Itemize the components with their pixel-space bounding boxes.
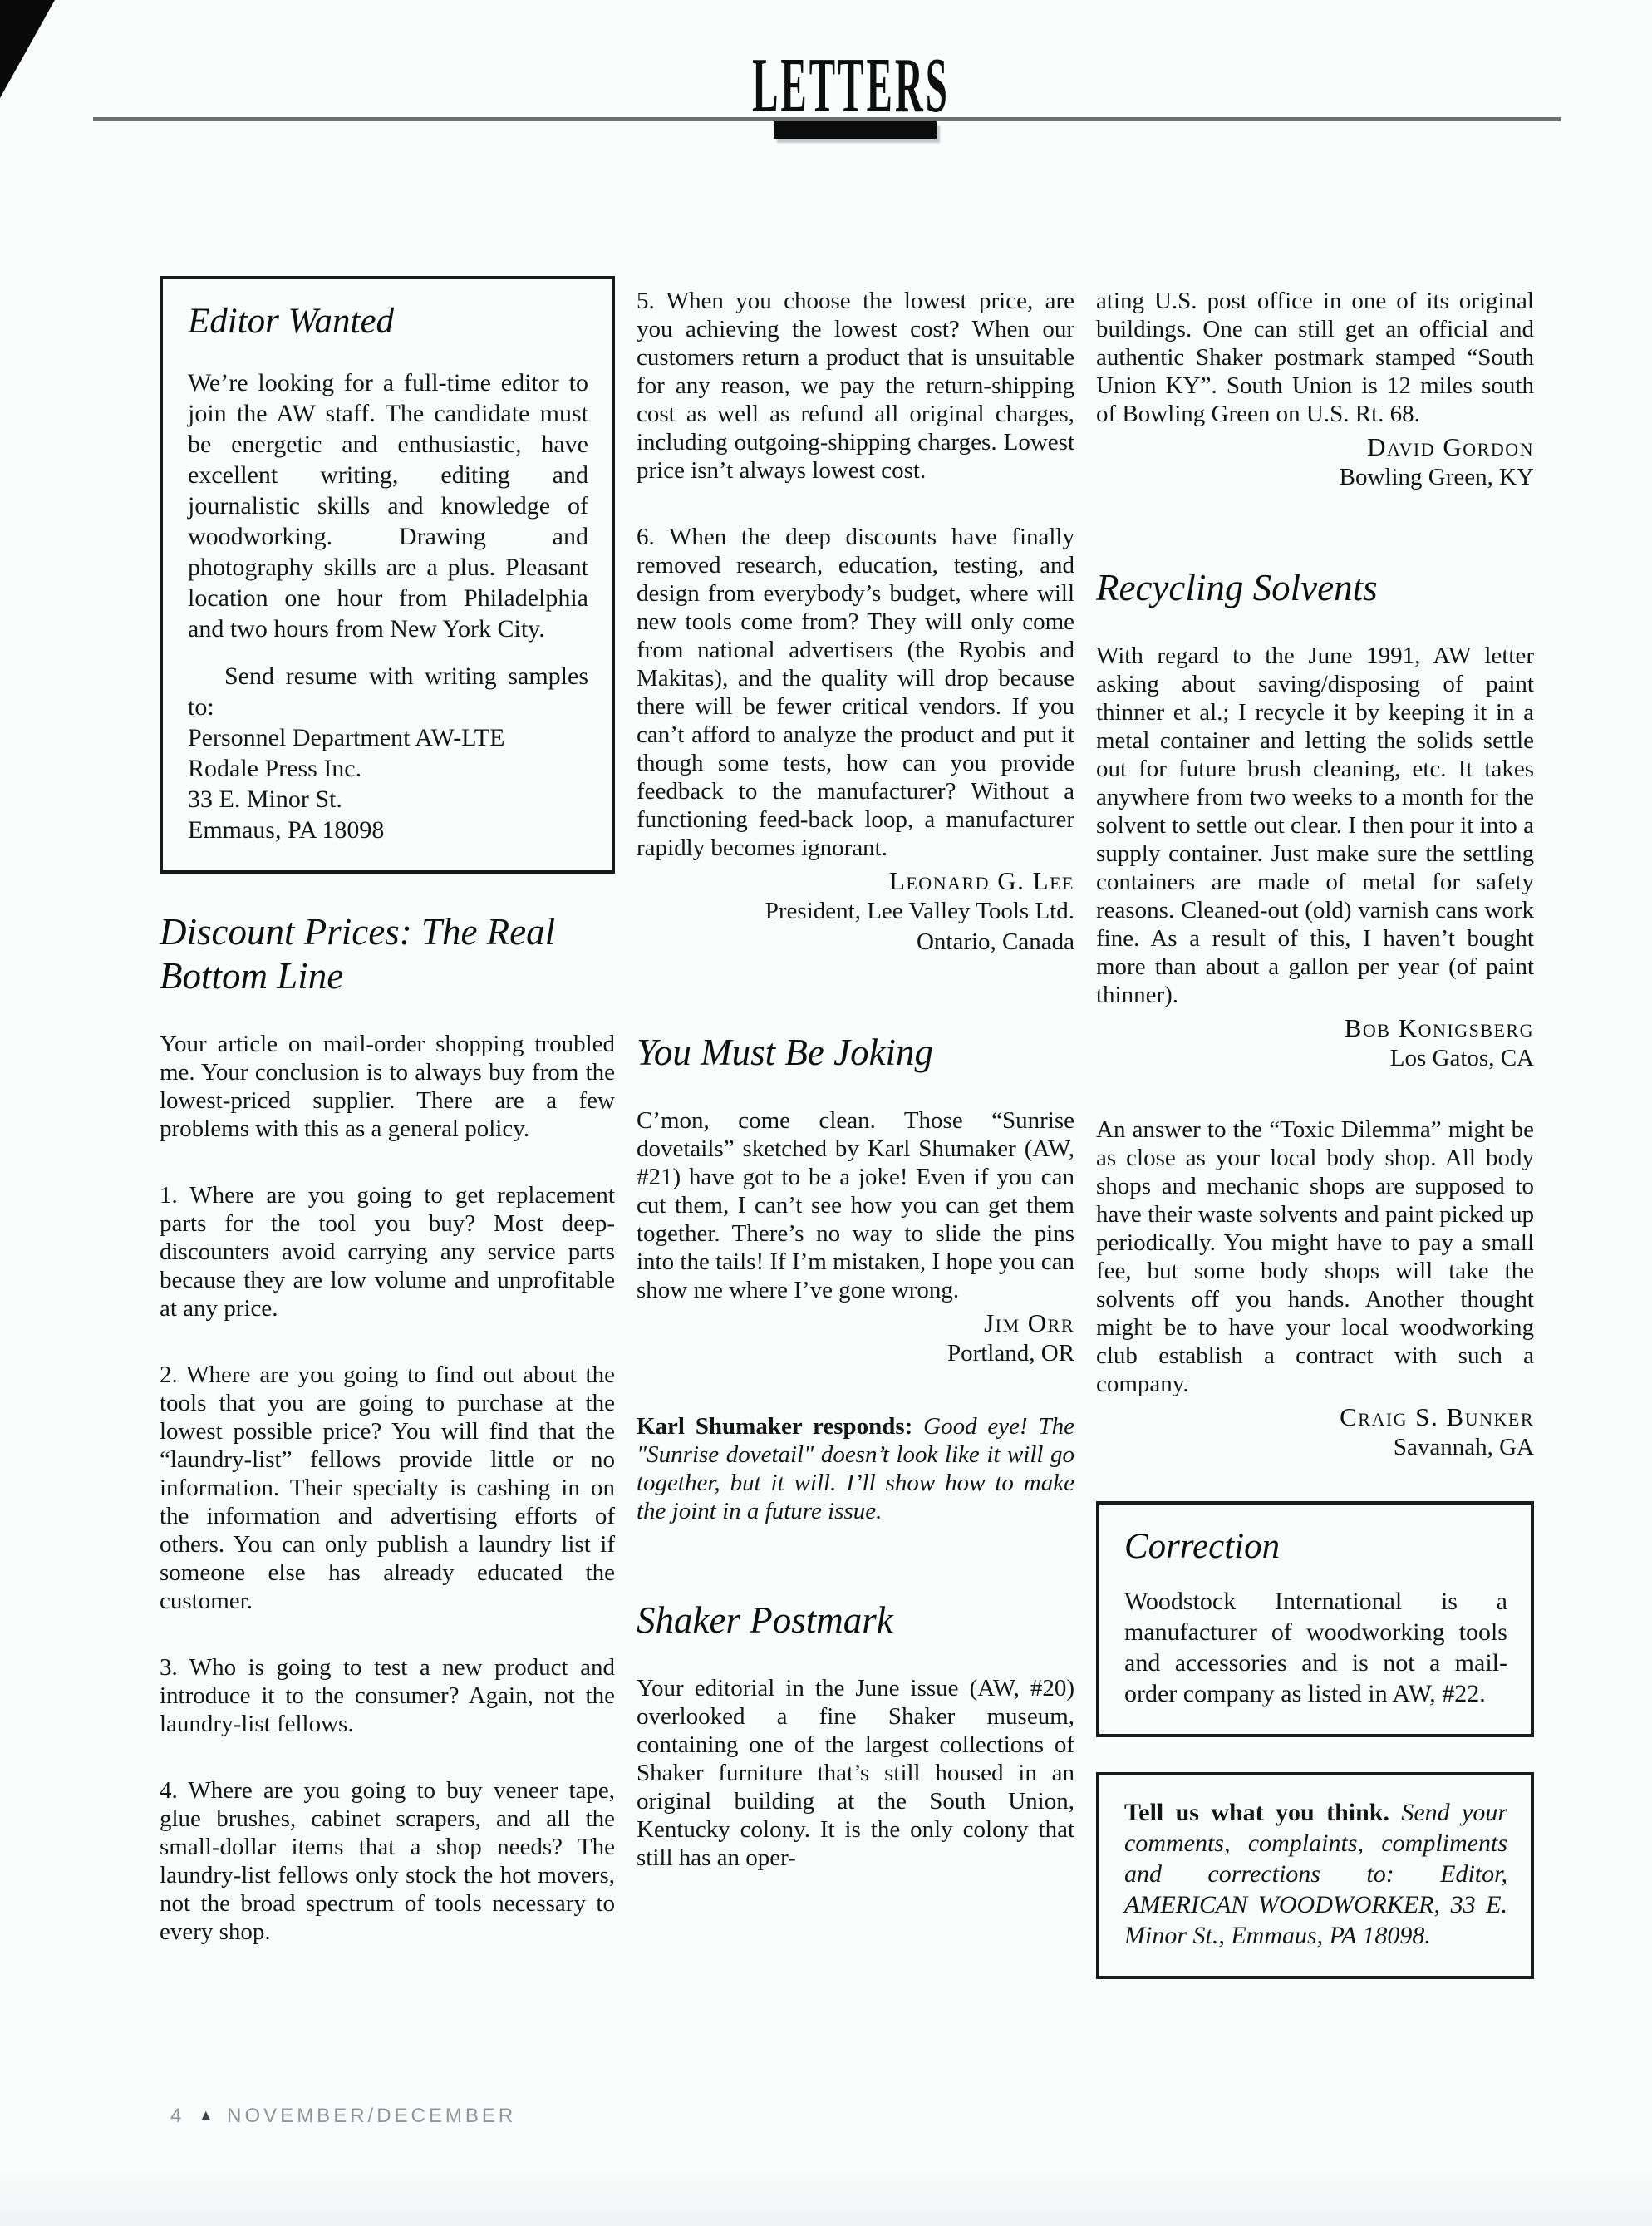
signature-location: Los Gatos, CA	[1096, 1043, 1534, 1074]
page-footer: 4 ▲ NOVEMBER/DECEMBER	[170, 2105, 516, 2128]
response-lead: Karl Shumaker responds:	[637, 1413, 923, 1440]
signature-name: Leonard G. Lee	[637, 865, 1074, 896]
column-left: Editor Wanted We’re looking for a full-t…	[160, 276, 615, 1946]
triangle-icon: ▲	[198, 2107, 214, 2125]
joking-heading: You Must Be Joking	[637, 1031, 1074, 1075]
recycling-heading: Recycling Solvents	[1096, 566, 1534, 610]
shaker-body: Your editorial in the June issue (AW, #2…	[637, 1674, 1074, 1872]
signature-role: President, Lee Valley Tools Ltd.	[637, 896, 1074, 927]
tell-us-lead: Tell us what you think.	[1124, 1799, 1401, 1826]
signature-name: Craig S. Bunker	[1096, 1401, 1534, 1432]
correction-heading: Correction	[1124, 1526, 1507, 1568]
footer-issue: NOVEMBER/DECEMBER	[227, 2105, 516, 2128]
signature-location: Bowling Green, KY	[1096, 462, 1534, 493]
editor-wanted-heading: Editor Wanted	[188, 301, 588, 342]
recycling-body: With regard to the June 1991, AW letter …	[1096, 642, 1534, 1009]
masthead-black-bar	[774, 121, 937, 139]
editor-wanted-send-line: Send resume with writing samples to:	[188, 661, 588, 722]
tell-us-body: Tell us what you think. Send your commen…	[1124, 1797, 1507, 1951]
signature-name: Jim Orr	[637, 1308, 1074, 1338]
signature-name: David Gordon	[1096, 431, 1534, 462]
address-line: Personnel Department AW-LTE	[188, 722, 588, 753]
discount-item-3: 3. Who is going to test a new product an…	[160, 1653, 615, 1738]
column-middle: 5. When you choose the lowest price, are…	[637, 287, 1074, 1872]
column-right: ating U.S. post office in one of its ori…	[1096, 287, 1534, 1979]
discount-heading: Discount Prices: The Real Bottom Line	[160, 910, 615, 998]
tell-us-box: Tell us what you think. Send your commen…	[1096, 1772, 1534, 1979]
footer-page-number: 4	[170, 2105, 184, 2128]
discount-item-5: 5. When you choose the lowest price, are…	[637, 287, 1074, 485]
page-title: LETTERS	[752, 47, 950, 125]
signature-orr: Jim Orr Portland, OR	[637, 1308, 1074, 1369]
address-line: 33 E. Minor St.	[188, 784, 588, 815]
shaker-heading: Shaker Postmark	[637, 1598, 1074, 1642]
magazine-letters-page: LETTERS Editor Wanted We’re looking for …	[0, 0, 1652, 2226]
signature-lee: Leonard G. Lee President, Lee Valley Too…	[637, 865, 1074, 958]
signature-name: Bob Konigsberg	[1096, 1012, 1534, 1043]
editor-wanted-address: Personnel Department AW-LTE Rodale Press…	[188, 722, 588, 845]
discount-intro: Your article on mail-order shopping trou…	[160, 1030, 615, 1143]
scan-edge-shade	[0, 2168, 1652, 2226]
address-line: Emmaus, PA 18098	[188, 815, 588, 845]
editor-wanted-body: We’re looking for a full-time editor to …	[188, 367, 588, 644]
shaker-body-continued: ating U.S. post office in one of its ori…	[1096, 287, 1534, 428]
discount-item-4: 4. Where are you going to buy veneer tap…	[160, 1776, 615, 1946]
joking-body: C’mon, come clean. Those “Sunrise doveta…	[637, 1106, 1074, 1304]
discount-item-2: 2. Where are you going to find out about…	[160, 1361, 615, 1615]
correction-box: Correction Woodstock International is a …	[1096, 1501, 1534, 1737]
signature-location: Ontario, Canada	[637, 927, 1074, 958]
address-line: Rodale Press Inc.	[188, 753, 588, 784]
discount-item-6: 6. When the deep discounts have finally …	[637, 523, 1074, 862]
signature-konigsberg: Bob Konigsberg Los Gatos, CA	[1096, 1012, 1534, 1074]
signature-gordon: David Gordon Bowling Green, KY	[1096, 431, 1534, 493]
correction-body: Woodstock International is a manufacture…	[1124, 1586, 1507, 1709]
signature-location: Portland, OR	[637, 1338, 1074, 1369]
scan-corner-artifact	[0, 0, 55, 98]
editor-wanted-box: Editor Wanted We’re looking for a full-t…	[160, 276, 615, 874]
toxic-dilemma-body: An answer to the “Toxic Dilemma” might b…	[1096, 1115, 1534, 1398]
editor-response: Karl Shumaker responds: Good eye! The "S…	[637, 1412, 1074, 1525]
discount-item-1: 1. Where are you going to get replacemen…	[160, 1181, 615, 1322]
signature-bunker: Craig S. Bunker Savannah, GA	[1096, 1401, 1534, 1463]
signature-location: Savannah, GA	[1096, 1432, 1534, 1463]
